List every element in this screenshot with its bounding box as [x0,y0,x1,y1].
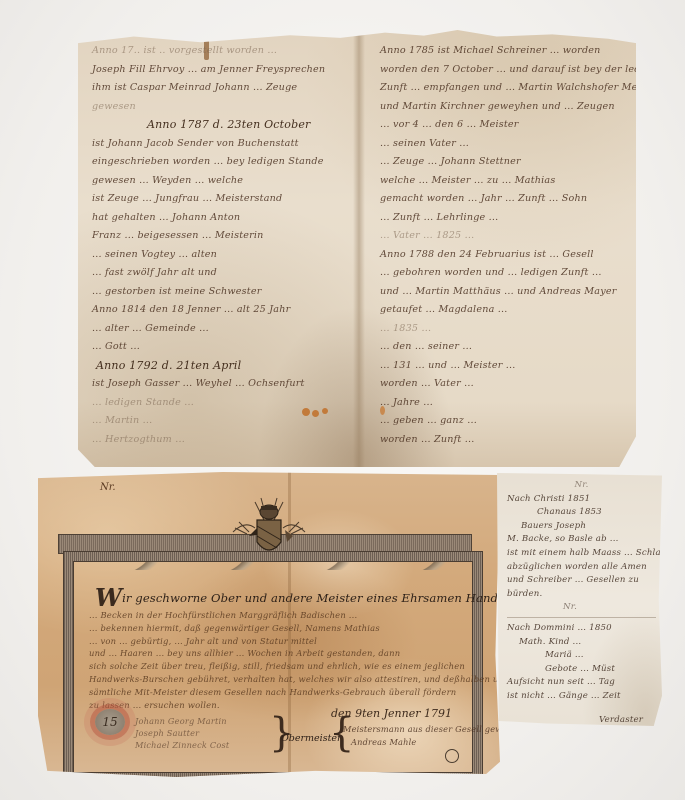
note-line: ist nicht ... Gänge ... Zeit [507,690,656,704]
handwriting-line: worden den 7 October ... und darauf ist … [380,61,642,80]
handwriting-line: ... gestorben ist meine Schwester [92,283,362,302]
handwriting-line: ... seinen Vater ... [380,135,642,154]
handwriting-line: ... 131 ... und ... Meister ... [380,357,642,376]
note-line: Aufsicht nun seit ... Tag [507,676,656,690]
certificate-body: ... Becken in der Hochfürstlichen Marggr… [89,609,469,711]
handwriting-line: gewesen ... Weyden ... welche [92,172,362,191]
handwriting-line: ... gebohren worden und ... ledigen Zunf… [380,264,642,283]
handwriting-line: gewesen [92,98,362,117]
handwriting-line: ... Zunft ... Lehrlinge ... [380,209,642,228]
entry-heading: Anno 1787 d. 23ten October [92,116,362,135]
handwriting-line: worden ... Vater ... [380,375,642,394]
note-divider [507,617,656,618]
handwriting-line: worden ... Zunft ... [380,431,642,448]
certificate-title: Wir geschworne Ober und andere Meister e… [95,583,475,612]
handwriting-line: getaufet ... Magdalena ... [380,301,642,320]
note-line: Gebote ... Müst [507,663,656,677]
handwriting-line: ... Gott ... [92,338,362,357]
handwriting-line: ... Jahre ... [380,394,642,413]
handwriting-line: Anno 1814 den 18 Jenner ... alt 25 Jahr [92,301,362,320]
photo-background: Anno 17.. ist .. vorgestellt worden ... … [0,0,685,800]
wax-seal: 15 [95,709,125,735]
handwriting-line: welche ... Meister ... zu ... Mathias [380,172,642,191]
handwriting-line: ... seinen Vogtey ... alten [92,246,362,265]
handwriting-line: Franz ... beigesessen ... Meisterin [92,227,362,246]
signature: Michael Zinneck Cost [135,739,229,751]
obermeister-signatures: Johann Georg Martin Joseph Sautter Micha… [135,715,229,751]
handwriting-line: und Martin Kirchner geweyhen und ... Zeu… [380,98,642,117]
handwriting-line: Zunft ... empfangen und ... Martin Walch… [380,79,642,98]
handwriting-line: ... den ... seiner ... [380,338,642,357]
certificate-line: sämtliche Mit-Meister diesem Gesellen na… [89,686,469,699]
rosette-ornament-icon [445,749,459,763]
handwriting-line: ... Hertzogthum ... [92,431,362,448]
note-line: und Schreiber ... Gesellen zu [507,574,656,588]
certificate-frame: Wir geschworne Ober und andere Meister e… [64,552,482,782]
handwriting-line: Anno 1785 ist Michael Schreiner ... word… [380,42,642,61]
ledger-left-page: Anno 17.. ist .. vorgestellt worden ... … [78,38,376,447]
handwriting-line: ... Vater ... 1825 ... [380,227,642,246]
handwriting-line: Anno 1788 den 24 Februarius ist ... Gese… [380,246,642,265]
note-mark: Nr. [507,479,656,493]
signature: Andreas Mahle [343,736,534,749]
note-line: Bauers Joseph [507,520,656,534]
note-signature: Verdaster [507,714,656,728]
certificate-line: Handwerks-Burschen gebühret, verhalten h… [89,673,469,686]
handwriting-line: ... 1835 ... [380,320,642,339]
handwriting-line: eingeschrieben worden ... bey ledigen St… [92,153,362,172]
note-line: Mariä ... [507,649,656,663]
handwriting-line: ist Johann Jacob Sender von Buchenstatt [92,135,362,154]
handwriting-line: ihm ist Caspar Meinrad Johann ... Zeuge [92,79,362,98]
seal-number: 15 [102,715,117,729]
handwriting-line: Anno 17.. ist .. vorgestellt worden ... [92,42,362,61]
note-line: M. Backe, so Basle ab ... [507,533,656,547]
handwriting-line: ... Martin ... [92,412,362,431]
note-line: Nach Dommini ... 1850 [507,622,656,636]
handwriting-line: ist Joseph Gasser ... Weyhel ... Ochsenf… [92,375,362,394]
handwriting-line: ... Zeuge ... Johann Stettner [380,153,642,172]
handwriting-line: gemacht worden ... Jahr ... Zunft ... So… [380,190,642,209]
corner-note: Nr. [100,482,116,493]
note-line: Math. Kind ... [507,636,656,650]
journeyman-signatures: Meistersmann aus dieser Gesell gewechsel… [343,723,534,749]
signature: Johann Georg Martin [135,715,229,727]
certificate-line: ... Becken in der Hochfürstlichen Marggr… [89,609,469,622]
certificate-line: und ... Haaren ... bey uns allhier ... W… [89,647,469,660]
note-line: Nach Christi 1851 [507,493,656,507]
journeyman-certificate: Nr. Wir geschworne Ober und andere Meist… [38,472,500,777]
handwriting-line: hat gehalten ... Johann Anton [92,209,362,228]
note-line: abzüglichen worden alle Amen [507,561,656,575]
handwritten-note: Nr. Nach Christi 1851 Chanaus 1853 Bauer… [497,473,662,726]
certificate-line: ... von ... gebürtig, ... Jahr alt und v… [89,635,469,648]
handwriting-line: ist Zeuge ... Jungfrau ... Meisterstand [92,190,362,209]
handwriting-line: Joseph Fill Ehrvoy ... am Jenner Freyspr… [92,61,362,80]
signature: Joseph Sautter [135,727,229,739]
note-line: ist mit einem halb Maass ... Schlagen [507,547,656,561]
certificate-line: ... bekennen hiermit, daß gegenwärtiger … [89,622,469,635]
handwriting-line: ... vor 4 ... den 6 ... Meister [380,116,642,135]
note-line: bürden. [507,588,656,602]
handwriting-line: und ... Martin Matthäus ... und Andreas … [380,283,642,302]
handwriting-line: ... geben ... ganz ... [380,412,642,431]
handwriting-line: ... alter ... Gemeinde ... [92,320,362,339]
handwriting-line: ... fast zwölf Jahr alt und [92,264,362,283]
handwriting-line: ... ledigen Stande ... [92,394,362,413]
ledger-document: Anno 17.. ist .. vorgestellt worden ... … [78,30,636,467]
title-initial: W [95,583,122,612]
entry-heading: Anno 1792 d. 21ten April [92,357,362,376]
signature: Meistersmann aus dieser Gesell gewechsel… [343,723,534,736]
note-line: Chanaus 1853 [507,506,656,520]
note-mark: Nr. [507,601,656,615]
ledger-right-page: Anno 1785 ist Michael Schreiner ... word… [366,38,656,447]
certificate-line: sich solche Zeit über treu, fleißig, sti… [89,660,469,673]
